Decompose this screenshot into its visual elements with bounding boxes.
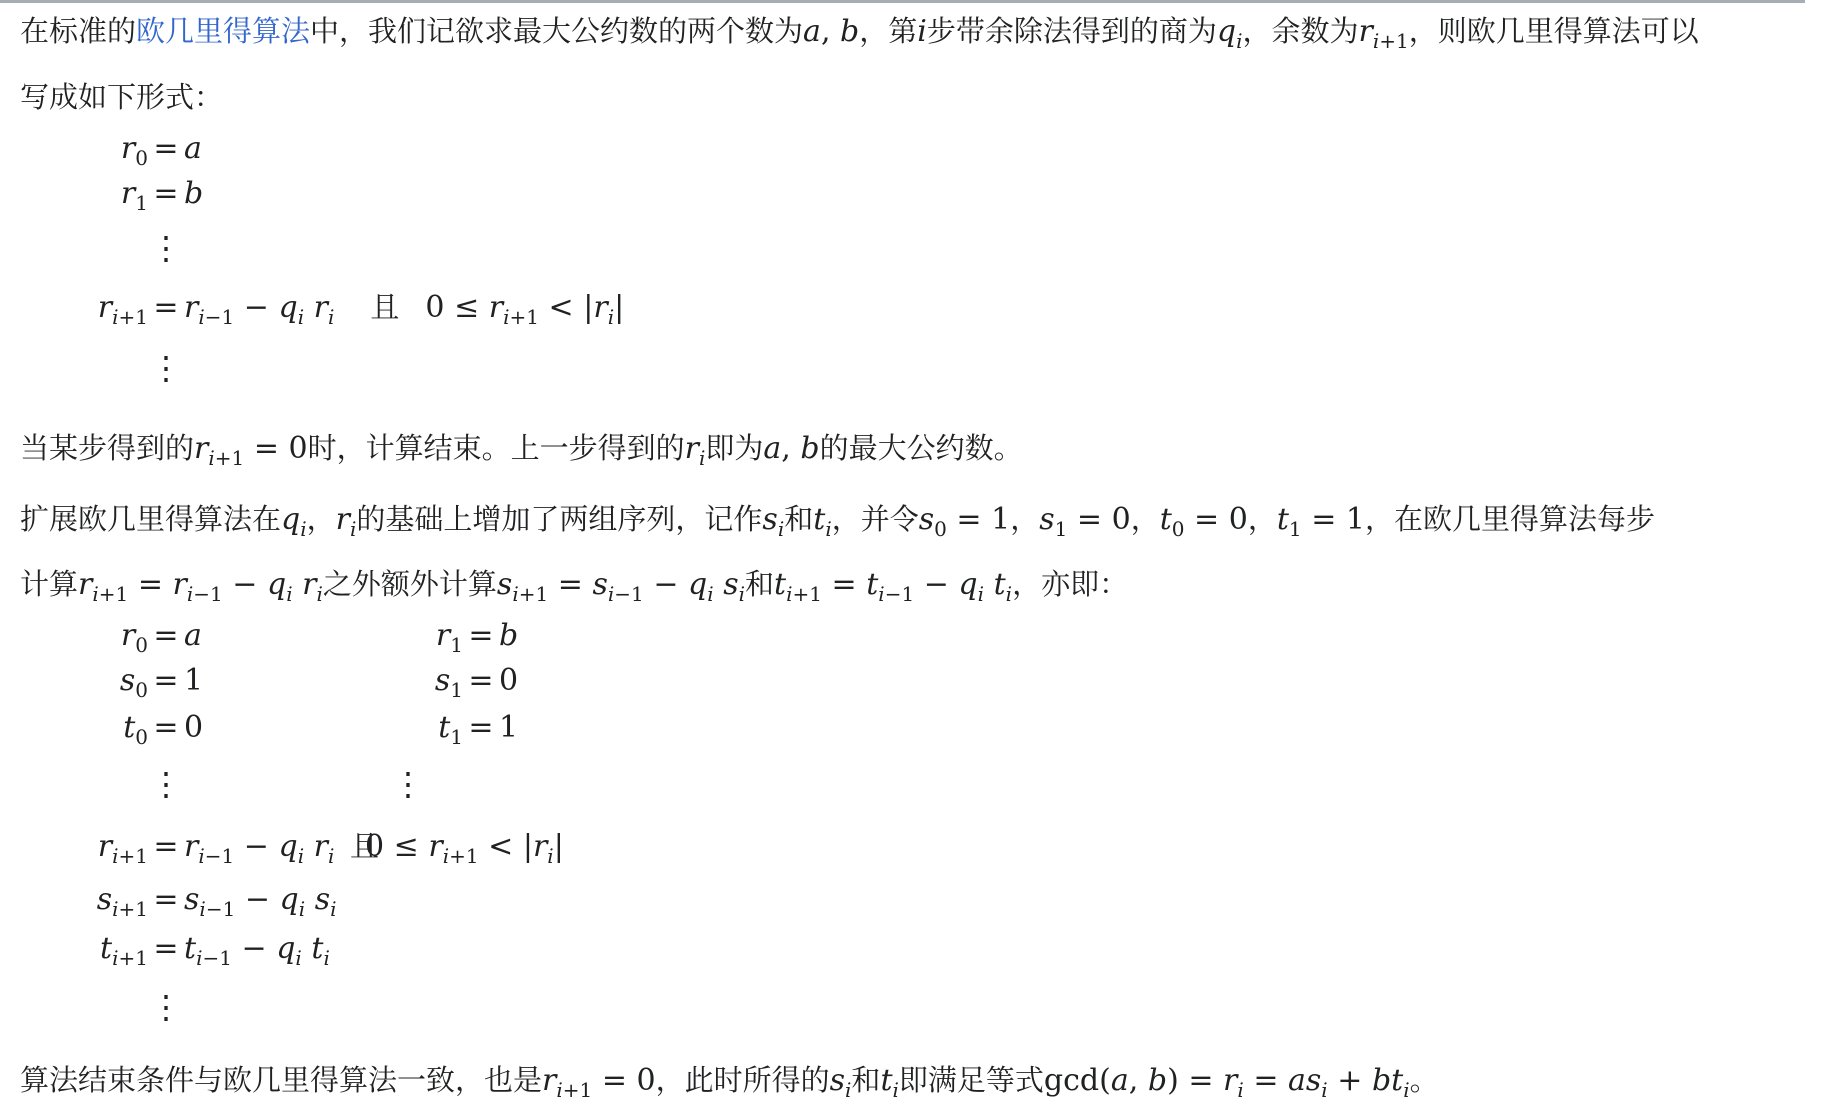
equals-sign: = bbox=[148, 877, 184, 922]
math-expression: ri+1 bbox=[1359, 14, 1409, 49]
vdots-row: ⋮ bbox=[0, 216, 1200, 280]
equation-row: r1=b bbox=[0, 171, 1200, 216]
math-expression: t0 bbox=[123, 710, 148, 745]
math-expression: 0 bbox=[184, 710, 203, 745]
math-expression: t1 bbox=[438, 710, 463, 745]
math-expression: qi bbox=[1217, 14, 1243, 49]
vdots: ⋮ bbox=[150, 336, 182, 400]
equation-row: s0=1s1=0 bbox=[0, 658, 1200, 703]
equation-rhs: 0 bbox=[184, 703, 203, 757]
math-expression: 0 bbox=[499, 663, 518, 698]
text-run: ，亦即： bbox=[1012, 569, 1128, 601]
equals-sign: = bbox=[148, 658, 184, 703]
text-run: 计算 bbox=[20, 569, 78, 601]
vdots: ⋮ bbox=[150, 752, 182, 816]
text-run: 之外额外计算 bbox=[323, 569, 497, 601]
equals-sign: = bbox=[148, 613, 184, 658]
euclidean-algorithm-link[interactable]: 欧几里得算法 bbox=[136, 16, 310, 48]
equals-sign: = bbox=[148, 126, 184, 171]
text-run: 和 bbox=[784, 504, 813, 536]
math-expression: s0 = 1 bbox=[919, 502, 1010, 537]
math-expression: a bbox=[184, 618, 202, 653]
math-expression: ti bbox=[813, 502, 831, 537]
equation-row: ti+1=ti−1 − qi ti bbox=[0, 922, 1200, 975]
math-expression: qi bbox=[281, 502, 307, 537]
vdots: ⋮ bbox=[150, 975, 182, 1040]
equation-row: ri+1=ri−1 − qi ri且0 ≤ ri+1 < |ri| bbox=[0, 280, 1200, 336]
equation-rhs: a bbox=[184, 126, 202, 176]
equation-row: t0=0t1=1 bbox=[0, 703, 1200, 752]
math-expression: si bbox=[830, 1063, 852, 1098]
math-expression: gcd(a, b) = ri = asi + bti bbox=[1044, 1063, 1410, 1098]
equals-sign: = bbox=[463, 703, 499, 752]
math-expression: 0 ≤ ri+1 < |ri| bbox=[365, 829, 564, 864]
math-expression: 1 bbox=[499, 710, 518, 745]
equation-row: ri+1=ri−1 − qi ri且0 ≤ ri+1 < |ri| bbox=[0, 816, 1200, 877]
text-run: 算法结束条件与欧几里得算法一致，也是 bbox=[20, 1065, 542, 1097]
text-run: 和 bbox=[745, 569, 774, 601]
paragraph-line: 在标准的欧几里得算法中，我们记欲求最大公约数的两个数为a, b，第i步带余除法得… bbox=[20, 3, 1699, 70]
text-run: 中，我们记欲求最大公约数的两个数为 bbox=[310, 16, 803, 48]
math-expression: ri+1 = 0 bbox=[194, 431, 308, 466]
math-expression: 0 ≤ ri+1 < |ri| bbox=[425, 290, 624, 325]
text-run: 。 bbox=[1410, 1065, 1439, 1097]
math-expression: ri+1 = ri−1 − qi ri bbox=[78, 567, 323, 602]
text-run: 当某步得到的 bbox=[20, 433, 194, 465]
text-run: 扩展欧几里得算法在 bbox=[20, 504, 281, 536]
math-expression: ri−1 − qi ri bbox=[184, 290, 334, 325]
math-expression: r1 bbox=[121, 176, 148, 211]
equation-row: r0=ar1=b bbox=[0, 613, 1200, 658]
vdots: ⋮ bbox=[150, 216, 182, 280]
math-expression: ri bbox=[336, 502, 357, 537]
equals-sign: = bbox=[148, 703, 184, 752]
paragraph-line: 写成如下形式： bbox=[20, 70, 1699, 127]
paragraph-conclusion: 算法结束条件与欧几里得算法一致，也是ri+1 = 0，此时所得的si和ti即满足… bbox=[20, 1058, 1439, 1113]
math-expression: b bbox=[184, 176, 203, 211]
math-expression: t0 = 0 bbox=[1160, 502, 1248, 537]
equals-sign: = bbox=[148, 280, 184, 336]
math-expression: ti+1 bbox=[100, 931, 148, 966]
equals-sign: = bbox=[148, 171, 184, 216]
equation-block-euclid: r0=ar1=b⋮ri+1=ri−1 − qi ri且0 ≤ ri+1 < |r… bbox=[0, 126, 1200, 400]
paragraph-line: 扩展欧几里得算法在qi，ri的基础上增加了两组序列，记作si和ti，并令s0 =… bbox=[20, 492, 1655, 557]
math-expression: b bbox=[499, 618, 518, 653]
math-expression: si−1 − qi si bbox=[184, 882, 337, 917]
math-expression: s1 = 0 bbox=[1039, 502, 1130, 537]
equation-block-extended-euclid: r0=ar1=bs0=1s1=0t0=0t1=1⋮⋮ri+1=ri−1 − qi… bbox=[0, 613, 1200, 1040]
math-expression: a, b bbox=[803, 14, 859, 49]
math-expression: r0 bbox=[121, 131, 148, 166]
text-run: 写成如下形式： bbox=[20, 82, 223, 114]
math-expression: r0 bbox=[121, 618, 148, 653]
text-run: ， bbox=[307, 504, 336, 536]
math-expression: ti+1 = ti−1 − qi ti bbox=[774, 567, 1012, 602]
text-run: ，此时所得的 bbox=[656, 1065, 830, 1097]
math-expression: s1 bbox=[435, 663, 463, 698]
equals-sign: = bbox=[148, 922, 184, 975]
text-run: 的最大公约数。 bbox=[820, 433, 1023, 465]
text-run: 的基础上增加了两组序列，记作 bbox=[356, 504, 762, 536]
text-run: ，在欧几里得算法每步 bbox=[1365, 504, 1655, 536]
vdots-row: ⋮⋮ bbox=[0, 752, 1200, 816]
math-expression: si bbox=[762, 502, 784, 537]
equals-sign: = bbox=[463, 658, 499, 703]
paragraph-intro: 在标准的欧几里得算法中，我们记欲求最大公约数的两个数为a, b，第i步带余除法得… bbox=[20, 3, 1699, 127]
equation-rhs: b bbox=[184, 171, 203, 221]
text-run: 在标准的 bbox=[20, 16, 136, 48]
math-expression: 1 bbox=[184, 663, 203, 698]
math-expression: ri bbox=[685, 431, 706, 466]
vdots: ⋮ bbox=[392, 752, 424, 816]
text-run: 即满足等式 bbox=[899, 1065, 1044, 1097]
math-expression: ri+1 bbox=[98, 290, 148, 325]
article-page: 在标准的欧几里得算法中，我们记欲求最大公约数的两个数为a, b，第i步带余除法得… bbox=[0, 0, 1843, 1113]
math-expression: ri−1 − qi ri bbox=[184, 829, 334, 864]
equals-sign: = bbox=[148, 816, 184, 877]
text-run: ， bbox=[1248, 504, 1277, 536]
paragraph-line: 算法结束条件与欧几里得算法一致，也是ri+1 = 0，此时所得的si和ti即满足… bbox=[20, 1058, 1439, 1113]
paragraph-termination: 当某步得到的ri+1 = 0时，计算结束。上一步得到的ri即为a, b的最大公约… bbox=[20, 426, 1023, 481]
conjunction-and: 且 bbox=[370, 280, 399, 336]
text-run: 和 bbox=[851, 1065, 880, 1097]
vdots-row: ⋮ bbox=[0, 975, 1200, 1040]
text-run: ， bbox=[1010, 504, 1039, 536]
equation-row: si+1=si−1 − qi si bbox=[0, 877, 1200, 922]
text-run: ，则欧几里得算法可以 bbox=[1409, 16, 1699, 48]
equation-row: r0=a bbox=[0, 126, 1200, 171]
math-expression: ti−1 − qi ti bbox=[184, 931, 330, 966]
vdots-row: ⋮ bbox=[0, 336, 1200, 400]
math-expression: t1 = 1 bbox=[1277, 502, 1365, 537]
paragraph-line: 当某步得到的ri+1 = 0时，计算结束。上一步得到的ri即为a, b的最大公约… bbox=[20, 426, 1023, 481]
equation-rhs: 1 bbox=[499, 703, 518, 757]
math-expression: si+1 bbox=[97, 882, 148, 917]
math-expression: a bbox=[184, 131, 202, 166]
text-run: 时，计算结束。上一步得到的 bbox=[308, 433, 685, 465]
math-expression: ti bbox=[880, 1063, 898, 1098]
math-expression: i bbox=[917, 14, 927, 49]
math-expression: si+1 = si−1 − qi si bbox=[497, 567, 745, 602]
math-expression: ri+1 = 0 bbox=[542, 1063, 656, 1098]
text-run: ，并令 bbox=[832, 504, 919, 536]
text-run: 步带余除法得到的商为 bbox=[927, 16, 1217, 48]
paragraph-extended: 扩展欧几里得算法在qi，ri的基础上增加了两组序列，记作si和ti，并令s0 =… bbox=[20, 492, 1655, 622]
text-run: 即为 bbox=[705, 433, 763, 465]
text-run: ，第 bbox=[859, 16, 917, 48]
equation-rhs: 0 bbox=[499, 658, 518, 708]
math-expression: s0 bbox=[120, 663, 148, 698]
equation-rhs: 1 bbox=[184, 658, 203, 708]
text-run: ， bbox=[1131, 504, 1160, 536]
equation-rhs: b bbox=[499, 613, 518, 663]
math-expression: a, b bbox=[763, 431, 819, 466]
math-expression: r1 bbox=[436, 618, 463, 653]
equals-sign: = bbox=[463, 613, 499, 658]
equation-rhs: a bbox=[184, 613, 202, 663]
math-expression: ri+1 bbox=[98, 829, 148, 864]
text-run: ，余数为 bbox=[1243, 16, 1359, 48]
